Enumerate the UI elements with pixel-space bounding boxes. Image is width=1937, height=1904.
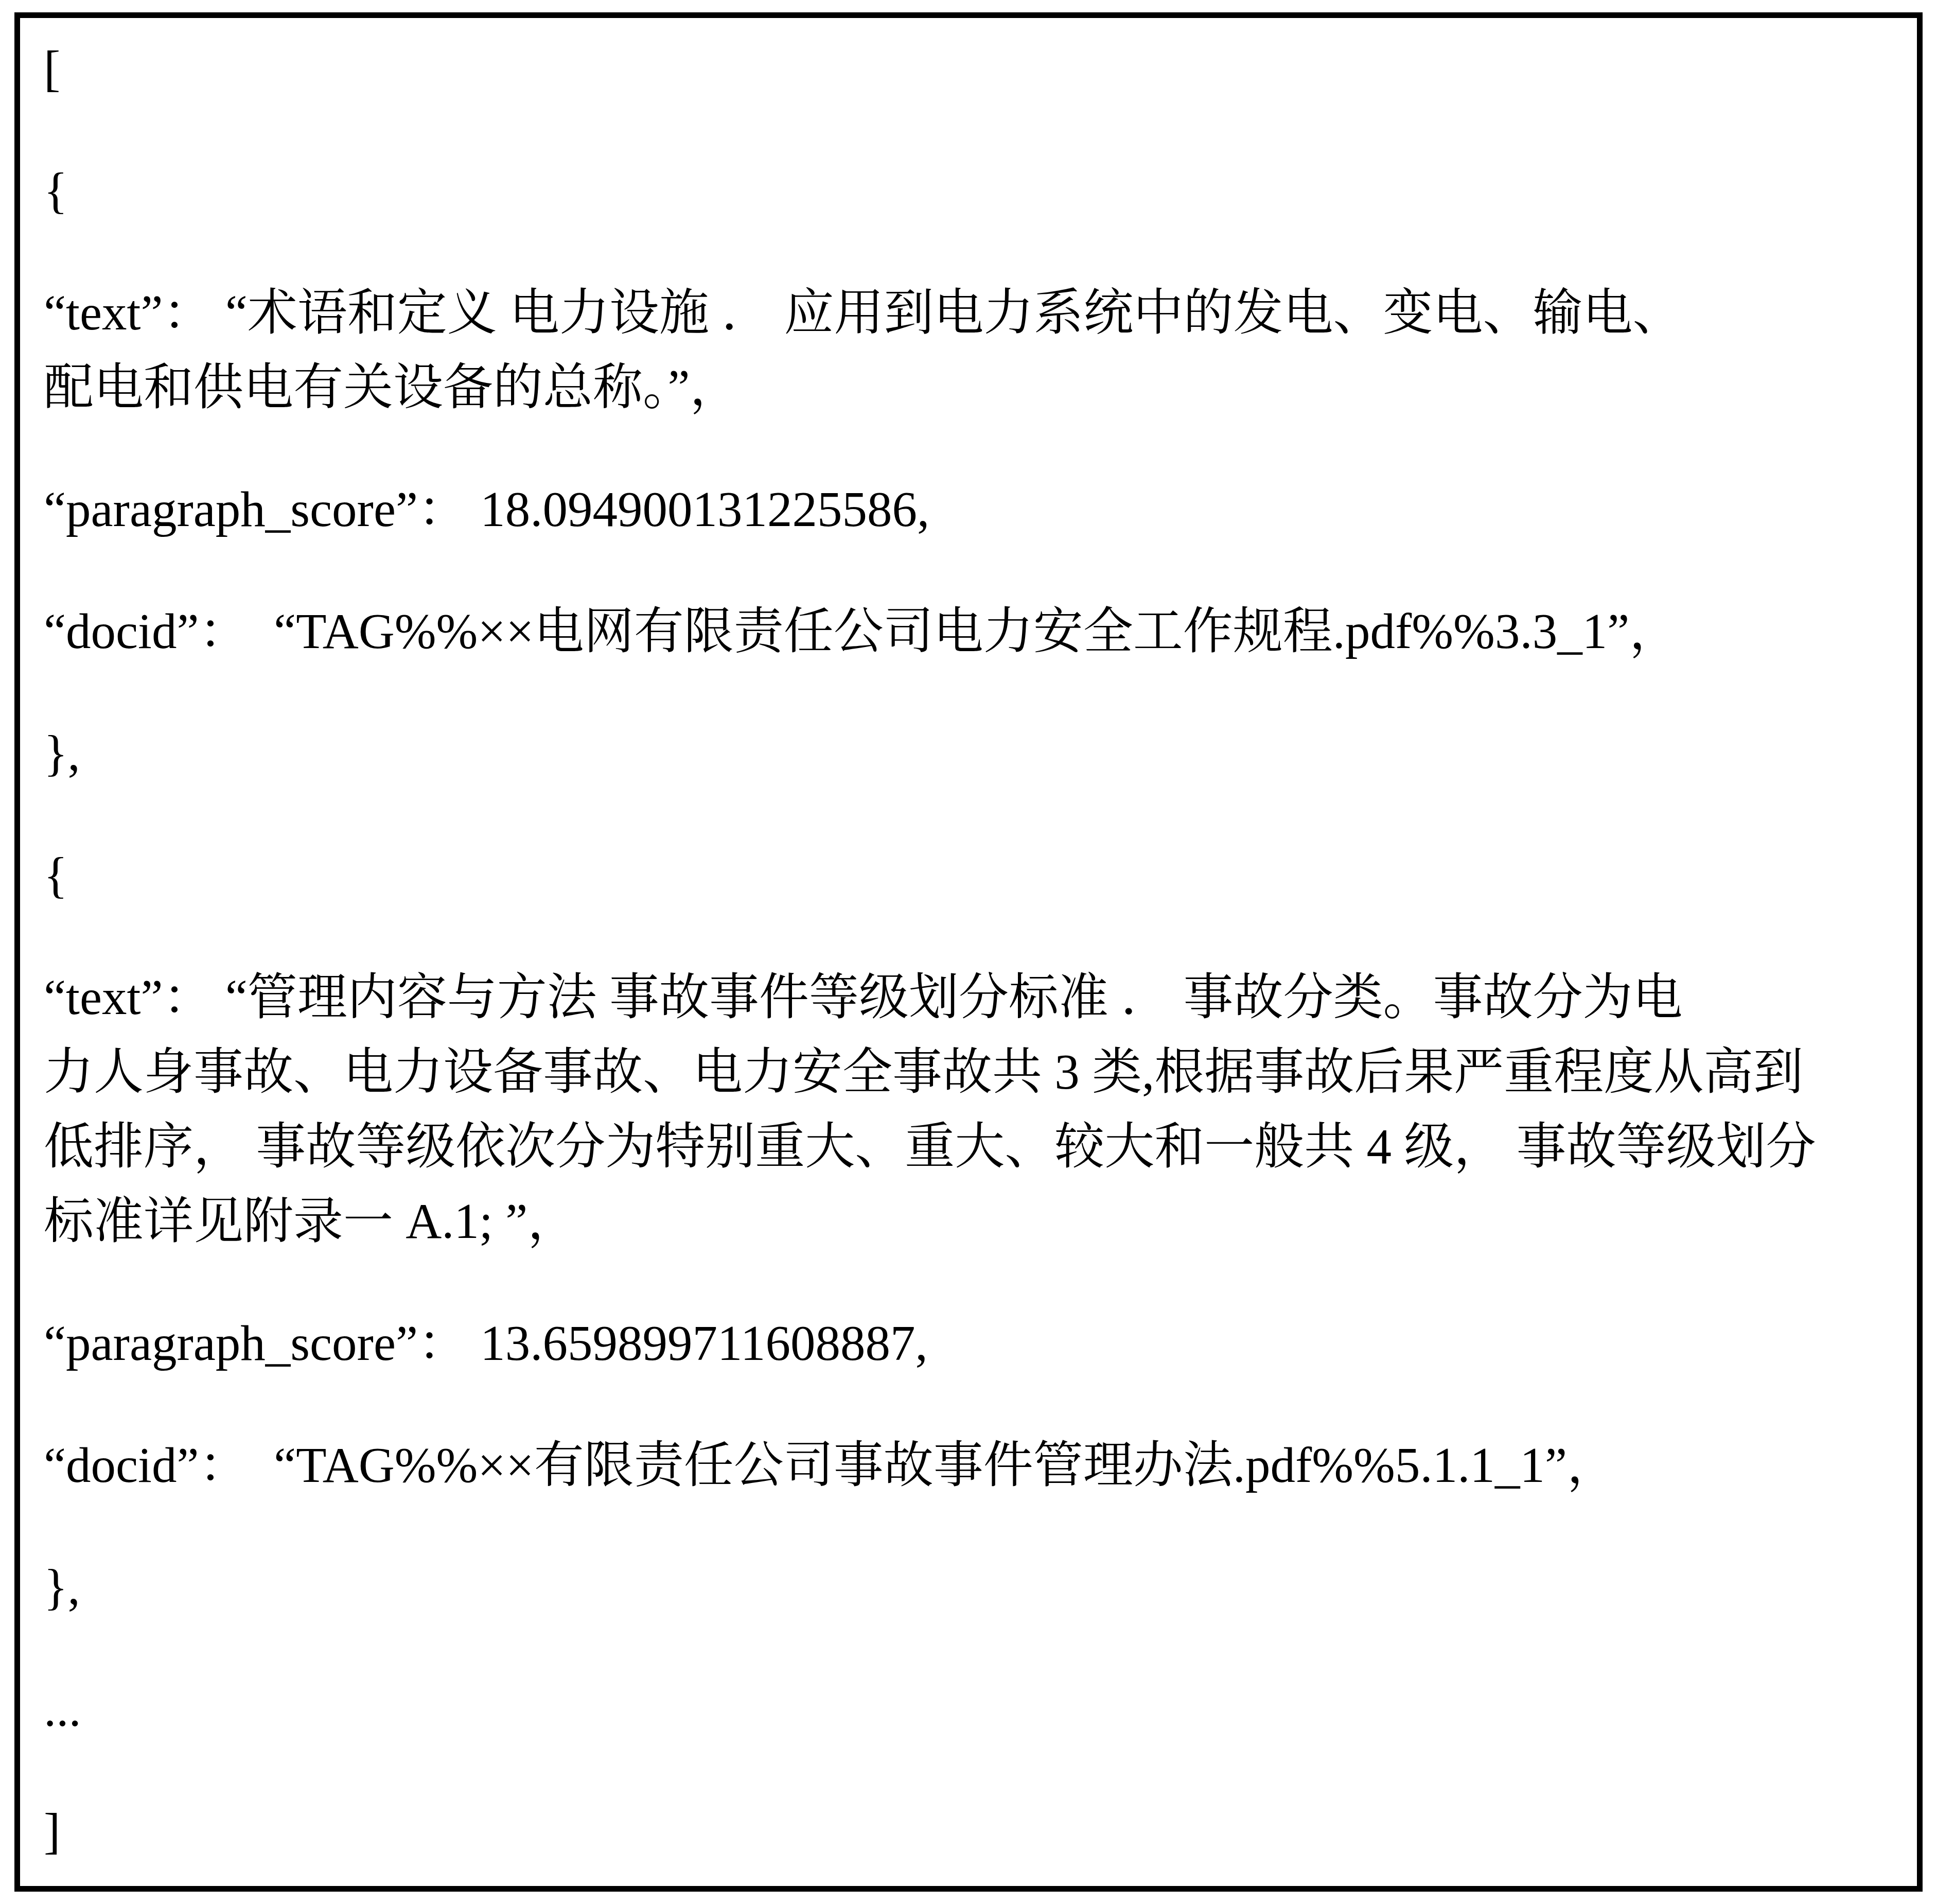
json-array-close: ]	[44, 1794, 1901, 1868]
json-line-text-2-wrap-3: 标准详见附录一 A.1; ”，	[44, 1184, 1901, 1259]
json-line-docid-1: “docid”： “TAG%%××电网有限责任公司电力安全工作规程.pdf%%3…	[44, 594, 1901, 669]
json-line-docid-2: “docid”： “TAG%%××有限责任公司事故事件管理办法.pdf%%5.1…	[44, 1428, 1901, 1503]
json-line-text-1: “text”： “术语和定义 电力设施 ． 应用到电力系统中的发电、变电、输电、	[44, 275, 1901, 350]
json-object-close-1: },	[44, 716, 1901, 791]
json-line-text-1-wrap: 配电和供电有关设备的总称。”，	[44, 350, 1901, 425]
json-line-text-2-wrap-2: 低排序， 事故等级依次分为特别重大、重大、较大和一般共 4 级， 事故等级划分	[44, 1109, 1901, 1184]
json-line-score-2: “paragraph_score”： 13.659899711608887,	[44, 1306, 1901, 1381]
document-border-frame: [ { “text”： “术语和定义 电力设施 ． 应用到电力系统中的发电、变电…	[14, 12, 1923, 1892]
json-ellipsis: ...	[44, 1672, 1901, 1746]
json-line-text-2: “text”： “管理内容与方法 事故事件等级划分标准 ． 事故分类。事故分为电	[44, 960, 1901, 1035]
json-listing: [ { “text”： “术语和定义 电力设施 ． 应用到电力系统中的发电、变电…	[44, 31, 1901, 1868]
document-page: [ { “text”： “术语和定义 电力设施 ． 应用到电力系统中的发电、变电…	[0, 0, 1937, 1904]
json-object-open: {	[44, 153, 1901, 228]
json-object-close-2: },	[44, 1550, 1901, 1624]
json-object-open-2: {	[44, 838, 1901, 913]
json-array-open: [	[44, 31, 1901, 106]
json-line-text-2-wrap-1: 力人身事故、电力设备事故、电力安全事故共 3 类,根据事故后果严重程度从高到	[44, 1035, 1901, 1109]
json-line-score-1: “paragraph_score”： 18.094900131225586,	[44, 472, 1901, 547]
